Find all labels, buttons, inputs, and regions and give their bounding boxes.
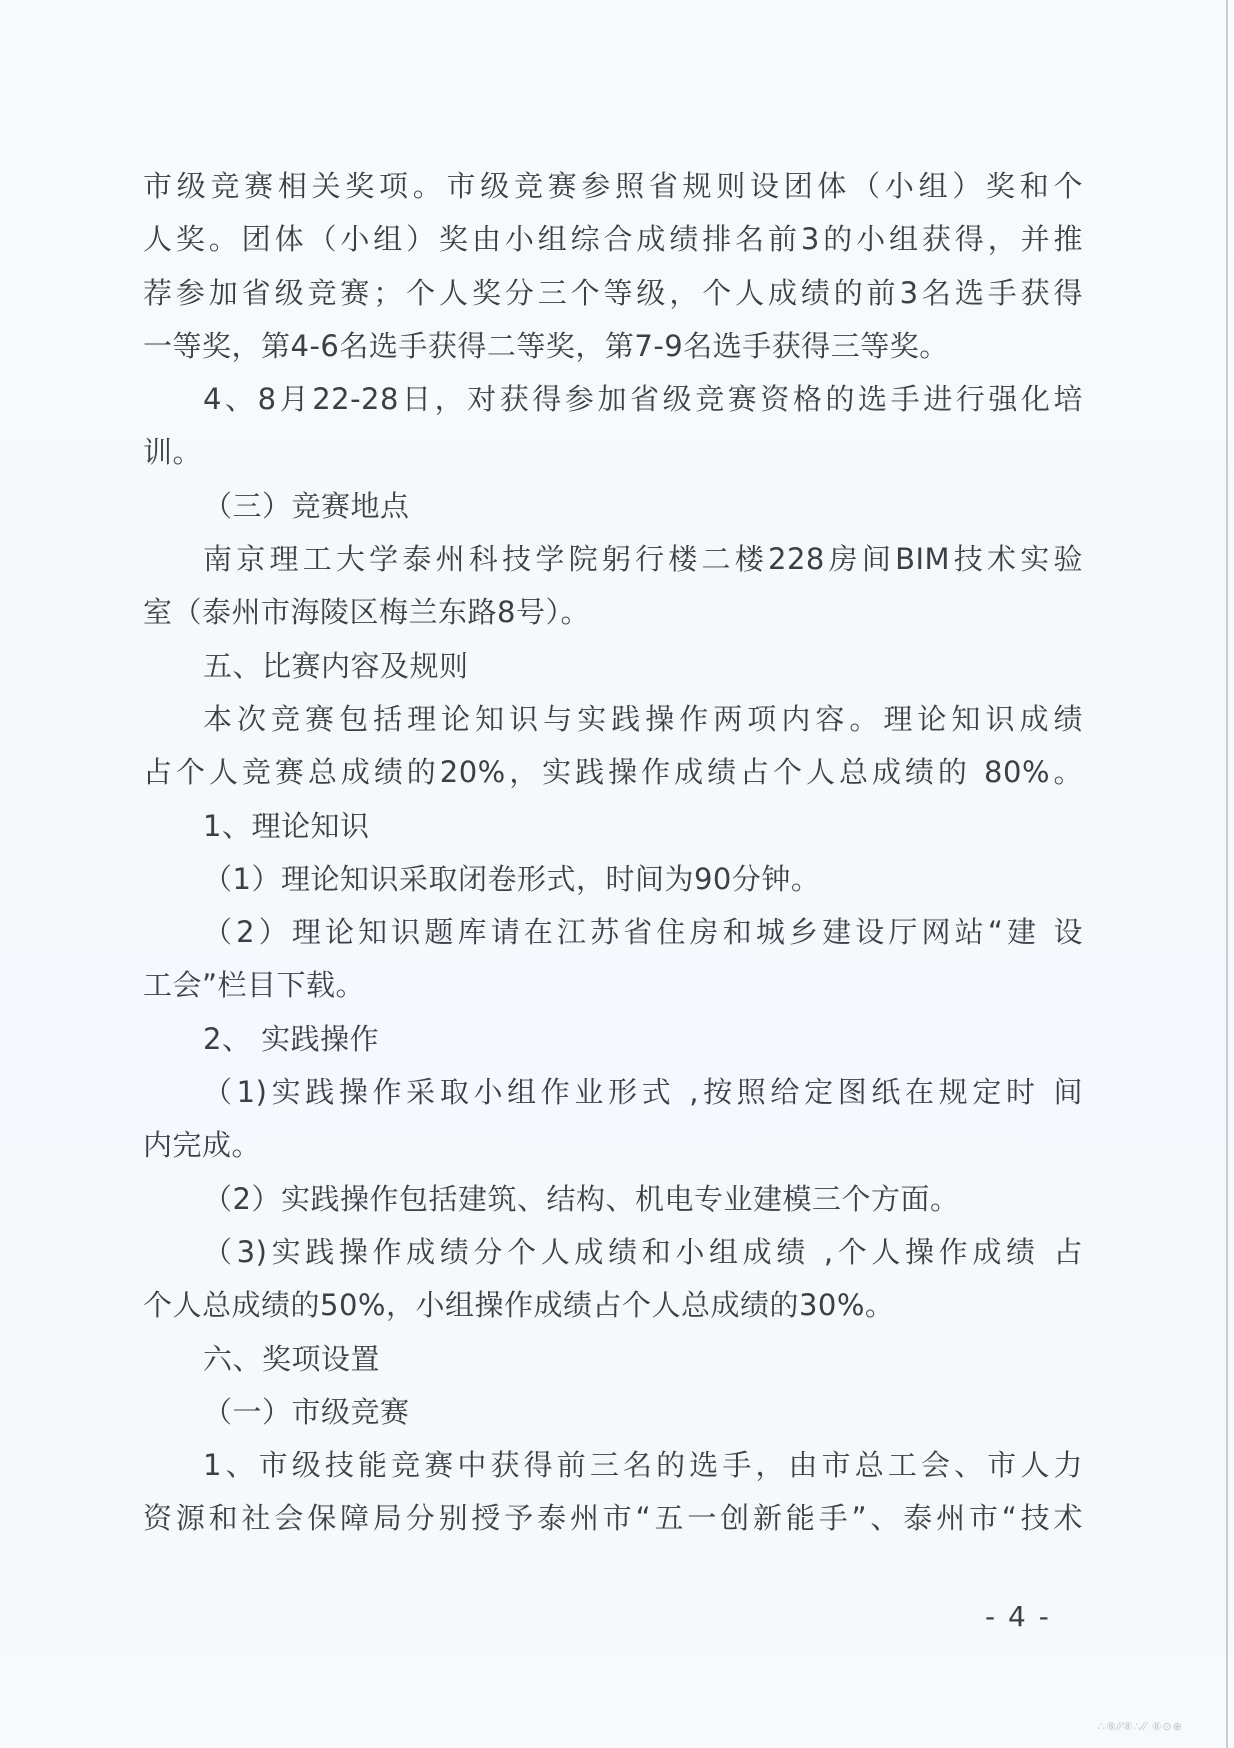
text-line: 2、 实践操作 bbox=[143, 1013, 1083, 1066]
text-line: 内完成。 bbox=[143, 1119, 1083, 1172]
document-page: 市级竞赛相关奖项。市级竞赛参照省规则设团体（小组）奖和个人奖。团体（小组）奖由小… bbox=[0, 0, 1234, 1748]
text-line: （1)实践操作采取小组作业形式 ,按照给定图纸在规定时 间 bbox=[143, 1066, 1083, 1119]
text-line: （3)实践操作成绩分个人成绩和小组成绩 ,个人操作成绩 占 bbox=[143, 1226, 1083, 1279]
text-line: （一）市级竞赛 bbox=[143, 1386, 1083, 1439]
text-line: 室（泰州市海陵区梅兰东路8号）。 bbox=[143, 586, 1083, 639]
text-line: 六、奖项设置 bbox=[143, 1333, 1083, 1386]
text-line: 南京理工大学泰州科技学院躬行楼二楼228房间BIM技术实验 bbox=[143, 533, 1083, 586]
text-line: 五、比赛内容及规则 bbox=[143, 640, 1083, 693]
text-line: 个人总成绩的50%，小组操作成绩占个人总成绩的30%。 bbox=[143, 1279, 1083, 1332]
text-line: （1）理论知识采取闭卷形式，时间为90分钟。 bbox=[143, 853, 1083, 906]
text-line: 人奖。团体（小组）奖由小组综合成绩排名前3的小组获得，并推 bbox=[143, 213, 1083, 266]
scanner-watermark: ∴⑧⁄⁄⑧∴⁄⁄ ⑧⊙⊕ bbox=[1098, 1720, 1183, 1733]
text-line: （2）实践操作包括建筑、结构、机电专业建模三个方面。 bbox=[143, 1173, 1083, 1226]
text-line: 4、8月22-28日，对获得参加省级竞赛资格的选手进行强化培 bbox=[143, 373, 1083, 426]
text-line: 一等奖，第4-6名选手获得二等奖，第7-9名选手获得三等奖。 bbox=[143, 320, 1083, 373]
text-line: 工会”栏目下载。 bbox=[143, 959, 1083, 1012]
text-line: （2）理论知识题库请在江苏省住房和城乡建设厅网站“建 设 bbox=[143, 906, 1083, 959]
text-line: 1、理论知识 bbox=[143, 800, 1083, 853]
text-line: 市级竞赛相关奖项。市级竞赛参照省规则设团体（小组）奖和个 bbox=[143, 160, 1083, 213]
page-number: - 4 - bbox=[985, 1600, 1051, 1633]
text-line: 资源和社会保障局分别授予泰州市“五一创新能手”、泰州市“技术 bbox=[143, 1492, 1083, 1545]
page-edge-divider bbox=[1226, 0, 1228, 1748]
document-body: 市级竞赛相关奖项。市级竞赛参照省规则设团体（小组）奖和个人奖。团体（小组）奖由小… bbox=[143, 160, 1083, 1546]
text-line: 本次竞赛包括理论知识与实践操作两项内容。理论知识成绩 bbox=[143, 693, 1083, 746]
text-line: 训。 bbox=[143, 426, 1083, 479]
text-line: 荐参加省级竞赛；个人奖分三个等级，个人成绩的前3名选手获得 bbox=[143, 267, 1083, 320]
text-line: 占个人竞赛总成绩的20%，实践操作成绩占个人总成绩的 80%。 bbox=[143, 746, 1083, 799]
text-line: 1、市级技能竞赛中获得前三名的选手，由市总工会、市人力 bbox=[143, 1439, 1083, 1492]
text-line: （三）竞赛地点 bbox=[143, 480, 1083, 533]
